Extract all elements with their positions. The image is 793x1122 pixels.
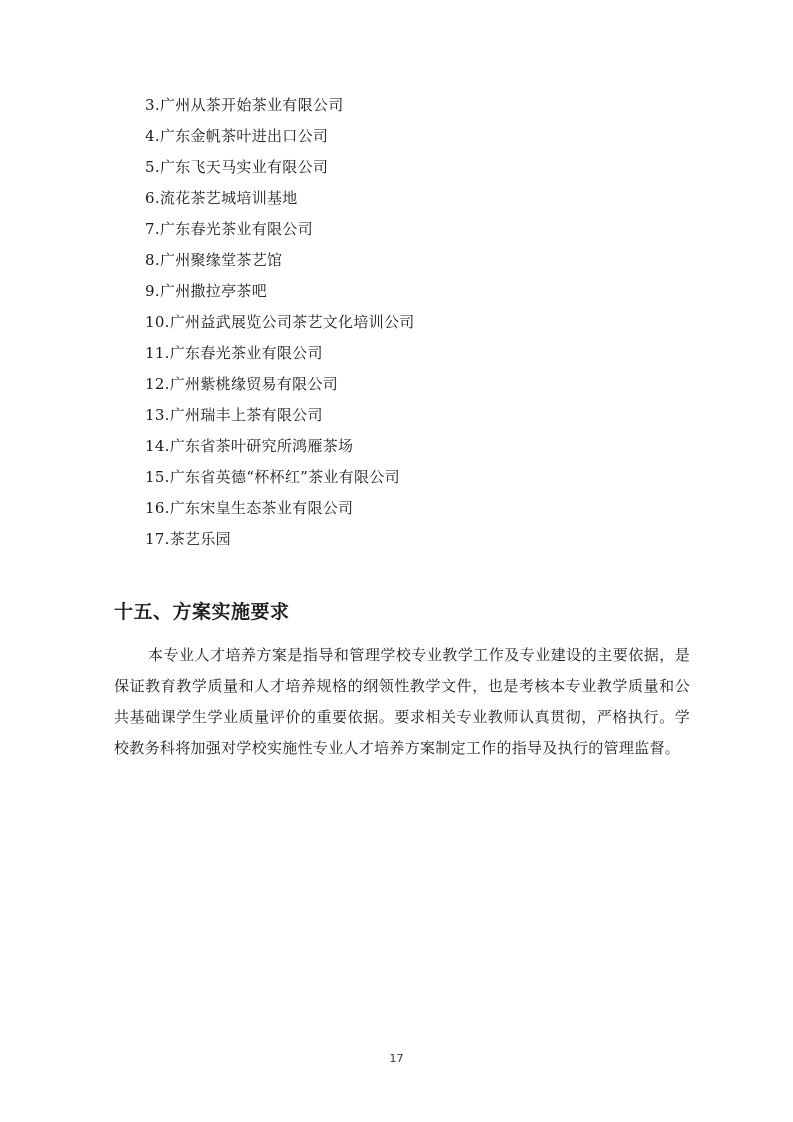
- partner-company-list: 3.广州从茶开始茶业有限公司 4.广东金帆茶叶进出口公司 5.广东飞天马实业有限…: [145, 92, 415, 557]
- list-item: 4.广东金帆茶叶进出口公司: [145, 123, 415, 154]
- list-item: 3.广州从茶开始茶业有限公司: [145, 92, 415, 123]
- list-item: 11.广东春光茶业有限公司: [145, 340, 415, 371]
- section-heading: 十五、方案实施要求: [114, 597, 290, 624]
- list-item: 16.广东宋皇生态茶业有限公司: [145, 495, 415, 526]
- list-item: 5.广东飞天马实业有限公司: [145, 154, 415, 185]
- list-item: 7.广东春光茶业有限公司: [145, 216, 415, 247]
- list-item: 9.广州撒拉亭茶吧: [145, 278, 415, 309]
- list-item: 8.广州聚缘堂茶艺馆: [145, 247, 415, 278]
- list-item: 12.广州紫桃缘贸易有限公司: [145, 371, 415, 402]
- list-item: 15.广东省英德“杯杯红”茶业有限公司: [145, 464, 415, 495]
- list-item: 17.茶艺乐园: [145, 526, 415, 557]
- list-item: 6.流花茶艺城培训基地: [145, 185, 415, 216]
- list-item: 14.广东省茶叶研究所鸿雁茶场: [145, 433, 415, 464]
- list-item: 10.广州益武展览公司茶艺文化培训公司: [145, 309, 415, 340]
- list-item: 13.广州瑞丰上茶有限公司: [145, 402, 415, 433]
- section-paragraph: 本专业人才培养方案是指导和管理学校专业教学工作及专业建设的主要依据，是保证教育教…: [114, 640, 690, 764]
- page-number: 17: [0, 1052, 793, 1065]
